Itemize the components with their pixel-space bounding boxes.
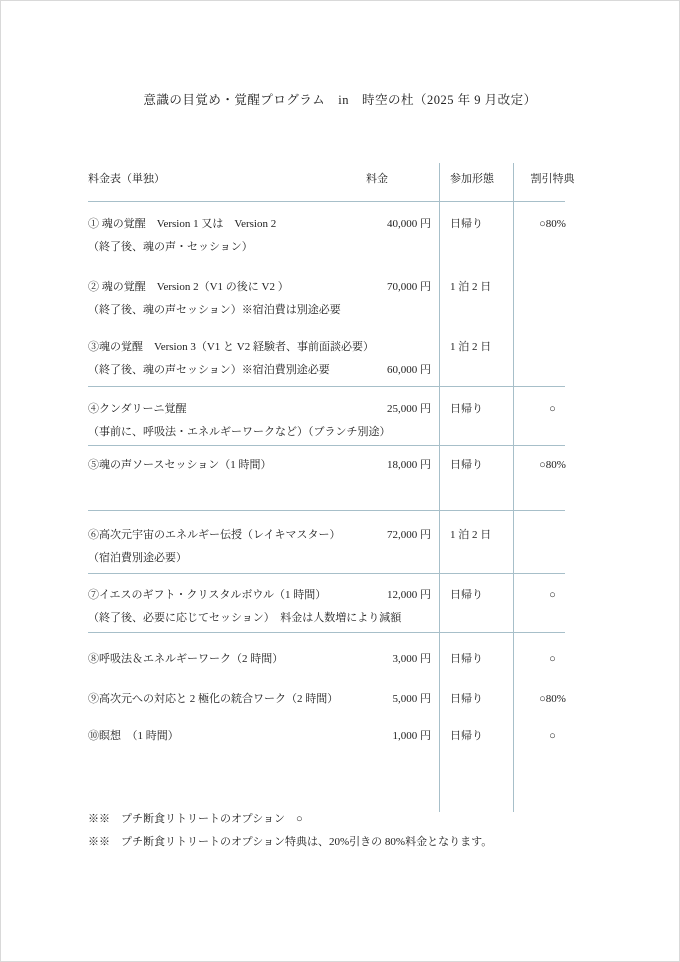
table-row: ⑩瞑想 （1 時間） 1,000 円 日帰り ○: [88, 729, 592, 744]
item-name: ⑧呼吸法＆エネルギーワーク（2 時間）: [88, 652, 283, 667]
participation-cell: 1 泊 2 日: [440, 280, 513, 295]
header-participation: 参加形態: [440, 172, 513, 187]
item-name: ⑤魂の声ソースセッション（1 時間）: [88, 458, 271, 473]
discount-cell: ○: [513, 588, 592, 603]
participation-cell: 日帰り: [440, 652, 513, 667]
discount-cell: ○: [513, 652, 592, 667]
price-table: 料金表（単独） 料金 参加形態 割引特典 ① 魂の覚醒 Version 1 又は…: [88, 163, 592, 812]
discount-cell: ○80%: [513, 458, 592, 473]
participation-cell: 日帰り: [440, 729, 513, 744]
document-page: 意識の目覚め・覚醒プログラム in 時空の杜（2025 年 9 月改定） 料金表…: [0, 0, 680, 962]
item-price: 25,000 円: [381, 402, 431, 417]
header-discount: 割引特典: [513, 172, 592, 187]
row-separator: [88, 386, 565, 387]
participation-cell: 日帰り: [440, 588, 513, 603]
item-note: （終了後、魂の声セッション）※宿泊費は別途必要: [88, 303, 341, 318]
header-item: 料金表（単独）: [88, 172, 165, 187]
footer-note-1: ※※ プチ断食リトリートのオプション ○: [88, 812, 303, 827]
item-note: （終了後、魂の声セッション）※宿泊費別途必要: [88, 363, 330, 378]
item-price: 72,000 円: [381, 528, 431, 543]
discount-cell: ○: [513, 402, 592, 417]
item-price: 3,000 円: [387, 652, 432, 667]
item-price: 18,000 円: [381, 458, 431, 473]
item-name: ⑥高次元宇宙のエネルギー伝授（レイキマスター）: [88, 528, 340, 543]
footer-note-2: ※※ プチ断食リトリートのオプション特典は、20%引きの 80%料金となります。: [88, 835, 492, 850]
discount-cell: ○80%: [513, 217, 592, 232]
item-price: 1,000 円: [387, 729, 432, 744]
participation-cell: 日帰り: [440, 402, 513, 417]
table-row: ⑥高次元宇宙のエネルギー伝授（レイキマスター） 72,000 円 （宿泊費別途必…: [88, 528, 592, 566]
item-name: ② 魂の覚醒 Version 2（V1 の後に V2 ）: [88, 280, 289, 295]
table-row: ⑤魂の声ソースセッション（1 時間） 18,000 円 日帰り ○80%: [88, 458, 592, 473]
table-row: ① 魂の覚醒 Version 1 又は Version 2 40,000 円 （…: [88, 217, 592, 255]
participation-cell: 1 泊 2 日: [440, 340, 513, 355]
table-row: ② 魂の覚醒 Version 2（V1 の後に V2 ） 70,000 円 （終…: [88, 280, 592, 318]
table-row: ③魂の覚醒 Version 3（V1 と V2 経験者、事前面談必要） （終了後…: [88, 340, 592, 378]
table-vertical-line-2: [513, 163, 514, 812]
table-row: ⑧呼吸法＆エネルギーワーク（2 時間） 3,000 円 日帰り ○: [88, 652, 592, 667]
row-separator: [88, 510, 565, 511]
item-name: ⑩瞑想 （1 時間）: [88, 729, 179, 744]
table-row: ④クンダリーニ覚醒 25,000 円 （事前に、呼吸法・エネルギーワークなど）（…: [88, 402, 592, 440]
item-name: ④クンダリーニ覚醒: [88, 402, 187, 417]
discount-cell: ○80%: [513, 692, 592, 707]
item-name: ③魂の覚醒 Version 3（V1 と V2 経験者、事前面談必要）: [88, 340, 374, 355]
item-price: 60,000 円: [381, 363, 431, 378]
discount-cell: ○: [513, 729, 592, 744]
item-name: ① 魂の覚醒 Version 1 又は Version 2: [88, 217, 276, 232]
item-note: （宿泊費別途必要）: [88, 551, 187, 566]
item-price: 70,000 円: [381, 280, 431, 295]
participation-cell: 1 泊 2 日: [440, 528, 513, 543]
table-row: ⑨高次元への対応と 2 極化の統合ワーク（2 時間） 5,000 円 日帰り ○…: [88, 692, 592, 707]
page-title: 意識の目覚め・覚醒プログラム in 時空の杜（2025 年 9 月改定）: [0, 90, 680, 108]
row-separator: [88, 632, 565, 633]
item-note: （事前に、呼吸法・エネルギーワークなど）（ブランチ別途）: [88, 425, 391, 440]
row-separator: [88, 445, 565, 446]
item-price: 40,000 円: [381, 217, 431, 232]
item-price: 5,000 円: [387, 692, 432, 707]
item-price: 12,000 円: [381, 588, 431, 603]
participation-cell: 日帰り: [440, 692, 513, 707]
participation-cell: 日帰り: [440, 217, 513, 232]
table-vertical-line-1: [439, 163, 440, 812]
item-note: （終了後、必要に応じてセッション） 料金は人数増により減額: [88, 611, 401, 626]
item-note: （終了後、魂の声・セッション）: [88, 240, 253, 255]
header-underline: [88, 201, 565, 202]
participation-cell: 日帰り: [440, 458, 513, 473]
header-price: 料金: [366, 172, 431, 187]
table-header-row: 料金表（単独） 料金 参加形態 割引特典: [88, 172, 592, 187]
table-row: ⑦イエスのギフト・クリスタルボウル（1 時間） 12,000 円 （終了後、必要…: [88, 588, 592, 626]
item-name: ⑨高次元への対応と 2 極化の統合ワーク（2 時間）: [88, 692, 338, 707]
item-name: ⑦イエスのギフト・クリスタルボウル（1 時間）: [88, 588, 326, 603]
row-separator: [88, 573, 565, 574]
